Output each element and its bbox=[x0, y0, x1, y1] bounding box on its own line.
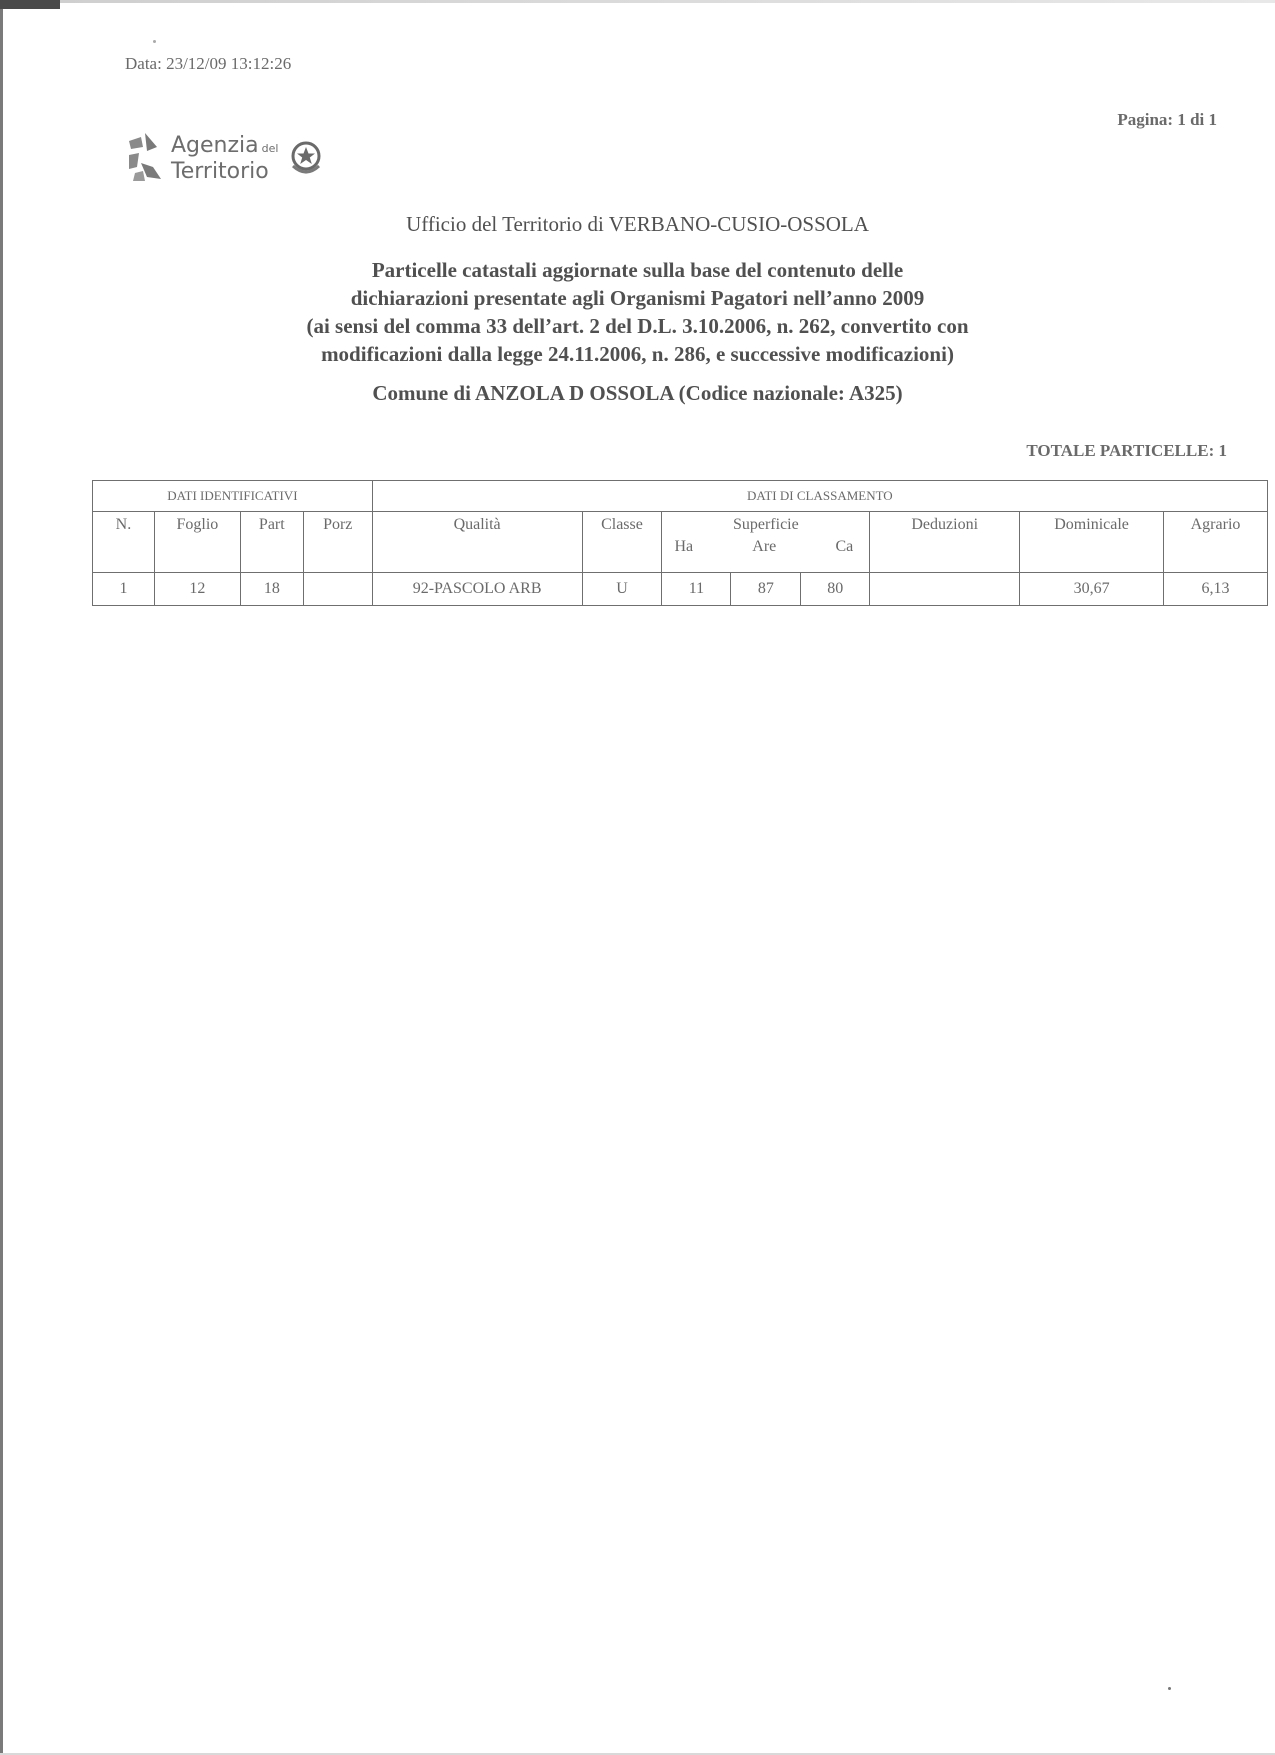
agenzia-territorio-logo-icon bbox=[127, 133, 163, 183]
superficie-label: Superficie bbox=[662, 514, 869, 536]
cadastral-parcels-table: DATI IDENTIFICATIVI DATI DI CLASSAMENTO … bbox=[92, 480, 1268, 606]
logo-line2: Territorio bbox=[171, 160, 278, 183]
cell-classe: U bbox=[582, 573, 662, 606]
column-header-n: N. bbox=[93, 512, 155, 573]
cell-qualita: 92-PASCOLO ARB bbox=[372, 573, 582, 606]
column-header-part: Part bbox=[240, 512, 303, 573]
cell-are: 87 bbox=[731, 573, 801, 606]
logo-line1-suffix: del bbox=[262, 142, 279, 155]
total-parcels: TOTALE PARTICELLE: 1 bbox=[1026, 441, 1227, 461]
group-header-row: DATI IDENTIFICATIVI DATI DI CLASSAMENTO bbox=[93, 481, 1268, 512]
document-subject: Particelle catastali aggiornate sulla ba… bbox=[0, 256, 1275, 368]
column-header-dominicale: Dominicale bbox=[1020, 512, 1164, 573]
cell-n: 1 bbox=[93, 573, 155, 606]
comune-title: Comune di ANZOLA D OSSOLA (Codice nazion… bbox=[0, 381, 1275, 406]
scan-corner-mark bbox=[0, 0, 60, 9]
superficie-units: Ha Are Ca bbox=[662, 536, 869, 558]
column-header-agrario: Agrario bbox=[1164, 512, 1268, 573]
column-header-qualita: Qualità bbox=[372, 512, 582, 573]
subject-line: (ai sensi del comma 33 dell’art. 2 del D… bbox=[0, 312, 1275, 340]
print-date: Data: 23/12/09 13:12:26 bbox=[125, 54, 291, 74]
scan-speck bbox=[1168, 1687, 1171, 1690]
cell-part: 18 bbox=[240, 573, 303, 606]
unit-ca: Ca bbox=[835, 536, 853, 558]
cell-deduzioni bbox=[870, 573, 1020, 606]
subject-line: modificazioni dalla legge 24.11.2006, n.… bbox=[0, 340, 1275, 368]
scan-border-top bbox=[0, 0, 1275, 3]
page-number: Pagina: 1 di 1 bbox=[1117, 110, 1217, 130]
cell-ca: 80 bbox=[801, 573, 870, 606]
office-title: Ufficio del Territorio di VERBANO-CUSIO-… bbox=[0, 212, 1275, 237]
cell-foglio: 12 bbox=[154, 573, 240, 606]
agency-logo: Agenziadel Territorio bbox=[127, 130, 324, 186]
cell-ha: 11 bbox=[662, 573, 731, 606]
column-header-foglio: Foglio bbox=[154, 512, 240, 573]
group-header-classamento: DATI DI CLASSAMENTO bbox=[372, 481, 1267, 512]
cell-dominicale: 30,67 bbox=[1020, 573, 1164, 606]
cell-agrario: 6,13 bbox=[1164, 573, 1268, 606]
column-header-superficie: Superficie Ha Are Ca bbox=[662, 512, 870, 573]
column-header-porz: Porz bbox=[303, 512, 372, 573]
italian-republic-emblem-icon bbox=[288, 138, 324, 178]
subject-line: Particelle catastali aggiornate sulla ba… bbox=[0, 256, 1275, 284]
column-header-deduzioni: Deduzioni bbox=[870, 512, 1020, 573]
logo-line1: Agenzia bbox=[171, 133, 259, 158]
cell-porz bbox=[303, 573, 372, 606]
agency-name: Agenziadel Territorio bbox=[171, 134, 278, 183]
column-header-row: N. Foglio Part Porz Qualità Classe Super… bbox=[93, 512, 1268, 573]
subject-line: dichiarazioni presentate agli Organismi … bbox=[0, 284, 1275, 312]
group-header-identificativi: DATI IDENTIFICATIVI bbox=[93, 481, 373, 512]
unit-ha: Ha bbox=[674, 536, 693, 558]
table-row: 1 12 18 92-PASCOLO ARB U 11 87 80 30,67 … bbox=[93, 573, 1268, 606]
unit-are: Are bbox=[752, 536, 776, 558]
column-header-classe: Classe bbox=[582, 512, 662, 573]
scan-speck bbox=[153, 40, 156, 43]
